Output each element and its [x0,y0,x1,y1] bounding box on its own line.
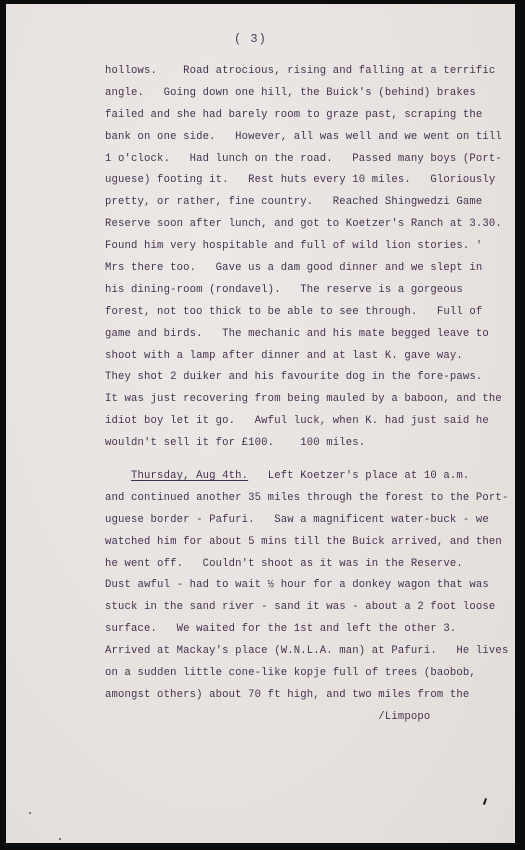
typewritten-body: hollows. Road atrocious, rising and fall… [105,61,515,729]
text-line: watched him for about 5 mins till the Bu… [105,532,515,554]
text-line: Reserve soon after lunch, and got to Koe… [105,214,515,236]
text-line: Dust awful - had to wait ½ hour for a do… [105,575,515,597]
text-line: forest, not too thick to be able to see … [105,302,515,324]
text-line: surface. We waited for the 1st and left … [105,619,515,641]
text-line: wouldn't sell it for £100. 100 miles. [105,433,515,455]
text-line: hollows. Road atrocious, rising and fall… [105,61,515,83]
text-line: pretty, or rather, fine country. Reached… [105,192,515,214]
text-line: his dining-room (rondavel). The reserve … [105,280,515,302]
entry-heading-line: Thursday, Aug 4th. Left Koetzer's place … [105,466,515,488]
text-line: 1 o'clock. Had lunch on the road. Passed… [105,149,515,171]
text-line: uguese border - Pafuri. Saw a magnificen… [105,510,515,532]
text-line: Mrs there too. Gave us a dam good dinner… [105,258,515,280]
text-line: amongst others) about 70 ft high, and tw… [105,685,515,707]
text-line: angle. Going down one hill, the Buick's … [105,83,515,105]
paragraph-gap [105,455,515,466]
text-line: and continued another 35 miles through t… [105,488,515,510]
text-line: stuck in the sand river - sand it was - … [105,597,515,619]
indent [105,470,131,482]
paper-speck [29,812,31,814]
entry-date-heading: Thursday, Aug 4th. [131,470,248,482]
page-number: ( 3) [234,32,267,46]
text-line-rest: Left Koetzer's place at 10 a.m. [248,470,469,482]
text-line: It was just recovering from being mauled… [105,389,515,411]
text-line: shoot with a lamp after dinner and at la… [105,346,515,368]
document-page: ( 3) hollows. Road atrocious, rising and… [6,4,515,843]
text-line: Found him very hospitable and full of wi… [105,236,515,258]
text-line: game and birds. The mechanic and his mat… [105,324,515,346]
text-line: They shot 2 duiker and his favourite dog… [105,367,515,389]
text-line: bank on one side. However, all was well … [105,127,515,149]
text-line: on a sudden little cone-like kopje full … [105,663,515,685]
text-line: uguese) footing it. Rest huts every 10 m… [105,170,515,192]
catchword: /Limpopo [105,707,515,729]
paper-speck [59,838,61,840]
text-line: idiot boy let it go. Awful luck, when K.… [105,411,515,433]
text-line: Arrived at Mackay's place (W.N.L.A. man)… [105,641,515,663]
ink-mark [483,798,487,805]
text-line: failed and she had barely room to graze … [105,105,515,127]
text-line: he went off. Couldn't shoot as it was in… [105,554,515,576]
